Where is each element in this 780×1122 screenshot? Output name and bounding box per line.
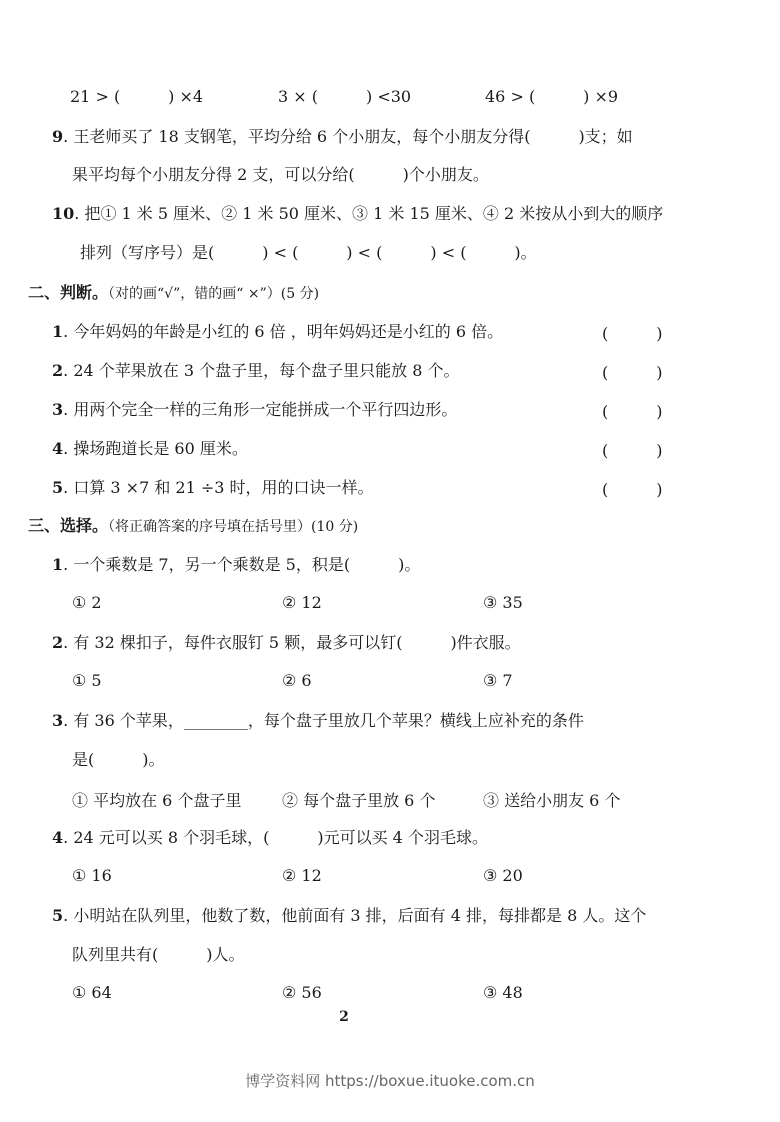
item-number: 2	[52, 361, 63, 380]
item-text: . 有 36 个苹果，________，每个盘子里放几个苹果？横线上应补充的条件	[63, 711, 584, 730]
question-number: 9	[52, 127, 63, 146]
item-number: 5	[52, 906, 63, 925]
option-3: ③ 送给小朋友 6 个	[483, 788, 620, 811]
answer-paren: ( )	[602, 399, 663, 422]
item-text: . 24 元可以买 8 个羽毛球，( )元可以买 4 个羽毛球。	[63, 828, 488, 847]
q8-expr-2: 3 × ( ) <30	[278, 86, 411, 108]
option-1: ① 16	[72, 866, 112, 885]
item-text: . 用两个完全一样的三角形一定能拼成一个平行四边形。	[63, 400, 457, 419]
item-number: 3	[52, 400, 63, 419]
option-2: ② 12	[282, 593, 322, 612]
section-2-heading: 二、判断。（对的画“√”，错的画“ ×”）(5 分)	[28, 282, 319, 305]
footer-watermark: 博学资料网 https://boxue.ituoke.com.cn	[0, 1070, 780, 1091]
item-text: . 口算 3 ×7 和 21 ÷3 时，用的口诀一样。	[63, 478, 373, 497]
choice-question-3: 3. 有 36 个苹果，________，每个盘子里放几个苹果？横线上应补充的条…	[52, 710, 584, 732]
question-10-cont: 排列（写序号）是( ) < ( ) < ( ) < ( )。	[80, 242, 537, 264]
option-2: ② 6	[282, 671, 312, 690]
item-number: 4	[52, 439, 63, 458]
item-number: 3	[52, 711, 63, 730]
section-title: 三、选择。	[28, 516, 108, 535]
item-number: 5	[52, 478, 63, 497]
choice-question-5-cont: 队列里共有( )人。	[72, 944, 245, 966]
option-1: ① 2	[72, 593, 102, 612]
judge-item-2: 2. 24 个苹果放在 3 个盘子里，每个盘子里只能放 8 个。	[52, 360, 459, 382]
item-text: . 小明站在队列里，他数了数，他前面有 3 排，后面有 4 排，每排都是 8 人…	[63, 906, 646, 925]
section-title: 二、判断。	[28, 283, 108, 302]
question-10: 10. 把① 1 米 5 厘米、② 1 米 50 厘米、③ 1 米 15 厘米、…	[52, 203, 663, 225]
option-1: ① 平均放在 6 个盘子里	[72, 788, 241, 811]
q8-expr-1: 21 > ( ) ×4	[70, 86, 203, 108]
question-9: 9. 王老师买了 18 支钢笔，平均分给 6 个小朋友，每个小朋友分得( )支；…	[52, 126, 633, 148]
question-9-cont: 果平均每个小朋友分得 2 支，可以分给( )个小朋友。	[72, 164, 489, 186]
item-number: 2	[52, 633, 63, 652]
option-3: ③ 7	[483, 671, 513, 690]
judge-item-4: 4. 操场跑道长是 60 厘米。	[52, 438, 248, 460]
option-2: ② 每个盘子里放 6 个	[282, 788, 435, 811]
choice-question-1: 1. 一个乘数是 7，另一个乘数是 5，积是( )。	[52, 554, 420, 576]
page-number: 2	[0, 1009, 688, 1025]
item-text: . 有 32 棵扣子，每件衣服钉 5 颗，最多可以钉( )件衣服。	[63, 633, 521, 652]
option-3: ③ 20	[483, 866, 523, 885]
option-2: ② 56	[282, 983, 322, 1002]
judge-item-1: 1. 今年妈妈的年龄是小红的 6 倍 ，明年妈妈还是小红的 6 倍。	[52, 321, 503, 343]
item-number: 4	[52, 828, 63, 847]
answer-paren: ( )	[602, 360, 663, 383]
section-note: （对的画“√”，错的画“ ×”）(5 分)	[108, 286, 319, 302]
section-note: （将正确答案的序号填在括号里）(10 分)	[108, 519, 358, 535]
choice-question-4: 4. 24 元可以买 8 个羽毛球，( )元可以买 4 个羽毛球。	[52, 827, 488, 849]
choice-question-2: 2. 有 32 棵扣子，每件衣服钉 5 颗，最多可以钉( )件衣服。	[52, 632, 521, 654]
q8-expr-3: 46 > ( ) ×9	[485, 86, 618, 108]
answer-paren: ( )	[602, 477, 663, 500]
option-3: ③ 48	[483, 983, 523, 1002]
question-text: . 把① 1 米 5 厘米、② 1 米 50 厘米、③ 1 米 15 厘米、④ …	[74, 204, 663, 223]
item-text: . 今年妈妈的年龄是小红的 6 倍 ，明年妈妈还是小红的 6 倍。	[63, 322, 503, 341]
section-3-heading: 三、选择。（将正确答案的序号填在括号里）(10 分)	[28, 515, 358, 538]
choice-question-5: 5. 小明站在队列里，他数了数，他前面有 3 排，后面有 4 排，每排都是 8 …	[52, 905, 646, 927]
question-text: . 王老师买了 18 支钢笔，平均分给 6 个小朋友，每个小朋友分得( )支；如	[63, 127, 633, 146]
option-1: ① 64	[72, 983, 112, 1002]
judge-item-5: 5. 口算 3 ×7 和 21 ÷3 时，用的口诀一样。	[52, 477, 374, 499]
option-3: ③ 35	[483, 593, 523, 612]
option-2: ② 12	[282, 866, 322, 885]
answer-paren: ( )	[602, 438, 663, 461]
item-number: 1	[52, 322, 63, 341]
option-1: ① 5	[72, 671, 102, 690]
item-text: . 操场跑道长是 60 厘米。	[63, 439, 248, 458]
answer-paren: ( )	[602, 321, 663, 344]
judge-item-3: 3. 用两个完全一样的三角形一定能拼成一个平行四边形。	[52, 399, 457, 421]
item-number: 1	[52, 555, 63, 574]
item-text: . 24 个苹果放在 3 个盘子里，每个盘子里只能放 8 个。	[63, 361, 459, 380]
question-number: 10	[52, 204, 74, 223]
choice-question-3-cont: 是( )。	[72, 749, 165, 771]
item-text: . 一个乘数是 7，另一个乘数是 5，积是( )。	[63, 555, 420, 574]
